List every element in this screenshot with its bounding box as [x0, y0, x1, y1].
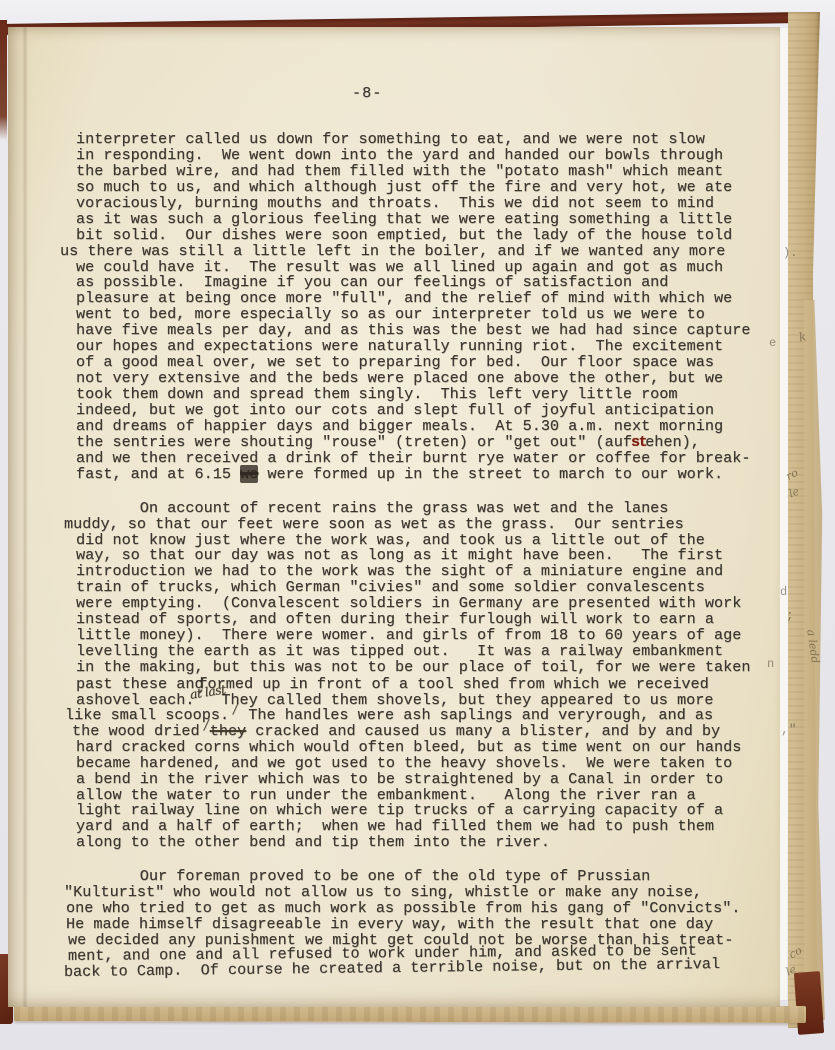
typewritten-line: fast, and at 6.15 we were formed up in t… [76, 467, 788, 483]
margin-annotation: ). [783, 246, 797, 260]
margin-annotation: e [769, 336, 776, 350]
book-cover-corner-bottom-right [794, 971, 824, 1035]
correction-blot: we [240, 465, 258, 483]
page-number: -8- [352, 84, 382, 102]
margin-annotation: d [780, 585, 787, 599]
typewritten-text: interpreter called us down for something… [76, 132, 788, 999]
paragraph: interpreter called us down for something… [76, 132, 788, 483]
paragraph: Our foreman proved to be one of the old … [76, 869, 788, 981]
scanned-book-photo: -8- interpreter called us down for somet… [0, 0, 835, 1050]
text-segment: in the making, but this was not to be ou… [76, 658, 750, 676]
margin-annotation: n [767, 657, 774, 671]
paragraph: On account of recent rains the grass was… [76, 501, 788, 852]
text-segment: were formed up in the street to march to… [258, 465, 723, 483]
text-segment: fast, and at 6.15 [76, 465, 240, 483]
book-cover-left-edge [0, 20, 7, 140]
text-segment: along to the other bend and tip them int… [76, 833, 550, 851]
typewritten-line: in the making, but this was not to be ou… [76, 660, 788, 676]
typewritten-line: past these and,formed up in front of a t… [76, 676, 788, 692]
margin-annotation: ; [786, 608, 794, 623]
typewritten-line: along to the other bend and tip them int… [76, 835, 788, 851]
margin-annotation: ," [781, 722, 797, 737]
page-gutter-crease [22, 27, 28, 1007]
